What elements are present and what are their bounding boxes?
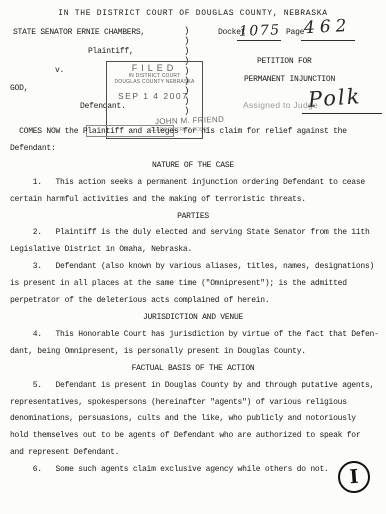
defendant-name: GOD, <box>10 84 28 93</box>
document-body: COMES NOW the Plaintiff and alleges for … <box>10 124 376 479</box>
body-line: COMES NOW the Plaintiff and alleges for … <box>10 124 376 141</box>
assigned-judge-underline <box>302 113 382 114</box>
body-line: dant, being Omnipresent, is personally p… <box>10 344 376 361</box>
body-line: 5. Defendant is present in Douglas Count… <box>10 378 376 395</box>
body-line: is present in all places at the same tim… <box>10 276 376 293</box>
body-line: Defendant: <box>10 141 376 158</box>
plaintiff-role: Plaintiff, <box>88 47 134 56</box>
body-line: Legislative District in Omaha, Nebraska. <box>10 242 376 259</box>
body-line: ) <box>184 26 189 36</box>
body-line: representatives, spokespersons (hereinaf… <box>10 395 376 412</box>
plaintiff-name: STATE SENATOR ERNIE CHAMBERS, <box>13 28 145 37</box>
body-line: 4. This Honorable Court has jurisdiction… <box>10 327 376 344</box>
body-line: 1. This action seeks a permanent injunct… <box>10 175 376 192</box>
section-heading: FACTUAL BASIS OF THE ACTION <box>10 361 376 378</box>
page-label: Page <box>286 28 304 37</box>
docket-underline <box>237 40 281 41</box>
body-line: hold themselves out to be agents of Defe… <box>10 428 376 445</box>
section-heading: PARTIES <box>10 209 376 226</box>
page-marker-letter: I <box>349 466 359 489</box>
body-line: and represent Defendant. <box>10 445 376 462</box>
filed-stamp-county-line: DOUGLAS COUNTY NEBRASKA <box>106 79 203 85</box>
petition-title-line2: PERMANENT INJUNCTION <box>244 75 335 84</box>
body-line: ) <box>184 36 189 46</box>
docket-number-handwritten: 1075 <box>239 22 281 39</box>
body-line: denominations, persuasions, cults and th… <box>10 411 376 428</box>
filed-stamp-date: SEP 1 4 2007 <box>118 91 188 101</box>
body-line: ) <box>184 46 189 56</box>
assigned-judge-signature: Polk <box>307 84 362 112</box>
scanned-court-document-page: IN THE DISTRICT COURT OF DOUGLAS COUNTY,… <box>0 0 386 514</box>
body-line: certain harmful activities and the makin… <box>10 192 376 209</box>
section-heading: JURISDICTION AND VENUE <box>10 310 376 327</box>
page-number-handwritten: 462 <box>304 16 352 38</box>
section-heading: NATURE OF THE CASE <box>10 158 376 175</box>
body-line: 2. Plaintiff is the duly elected and ser… <box>10 225 376 242</box>
assigned-judge-label: Assigned to Judge <box>243 100 318 110</box>
body-line: perpetrator of the deleterious acts comp… <box>10 293 376 310</box>
versus-label: v. <box>55 66 64 75</box>
body-line: 6. Some such agents claim exclusive agen… <box>10 462 376 479</box>
page-underline <box>301 40 355 41</box>
filed-stamp-text: FILED <box>106 63 203 73</box>
petition-title-line1: PETITION FOR <box>257 57 312 66</box>
body-line: 3. Defendant (also known by various alia… <box>10 259 376 276</box>
